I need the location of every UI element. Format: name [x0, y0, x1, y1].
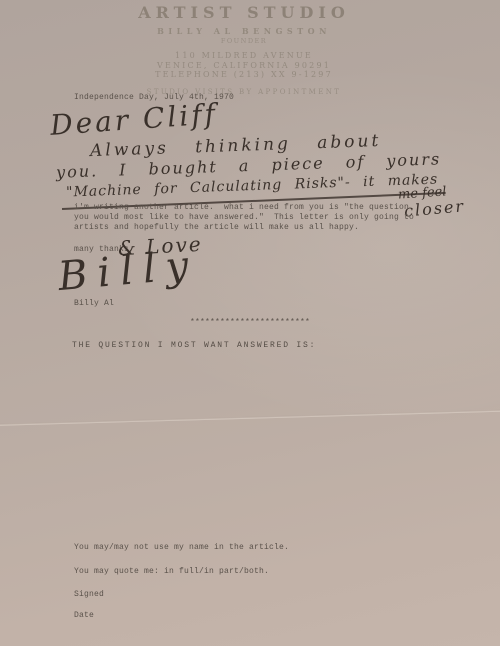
- artist-name: BILLY AL BENGSTON: [0, 26, 494, 36]
- letter-paper: ARTIST STUDIO BILLY AL BENGSTON FOUNDER …: [0, 0, 500, 646]
- permission-quote-line: You may quote me: in full/in part/both.: [74, 567, 269, 578]
- founder-label: FOUNDER: [0, 37, 494, 45]
- address-city: VENICE, CALIFORNIA 90291: [0, 61, 494, 71]
- address-block: 110 MILDRED AVENUE VENICE, CALIFORNIA 90…: [0, 51, 494, 80]
- asterisk-separator: ************************: [190, 318, 310, 329]
- address-street: 110 MILDRED AVENUE: [0, 51, 494, 61]
- question-heading: THE QUESTION I MOST WANT ANSWERED IS:: [72, 341, 316, 352]
- handwritten-greeting: Dear Cliff: [49, 97, 219, 142]
- body-line-1: i'm writing another article. what i need…: [74, 203, 409, 214]
- permission-name-line: You may/may not use my name in the artic…: [74, 543, 289, 554]
- fold-crease: [0, 409, 500, 426]
- typed-signer-name: Billy Al: [74, 299, 114, 310]
- body-line-3: artists and hopefully the article will m…: [74, 223, 359, 234]
- letterhead: ARTIST STUDIO BILLY AL BENGSTON FOUNDER …: [0, 3, 494, 96]
- signed-label: Signed: [74, 590, 104, 601]
- date-label: Date: [74, 611, 94, 622]
- studio-title: ARTIST STUDIO: [0, 3, 494, 22]
- address-phone: TELEPHONE (213) XX 9-1297: [0, 70, 494, 80]
- body-line-2: you would most like to have answered." T…: [74, 213, 414, 224]
